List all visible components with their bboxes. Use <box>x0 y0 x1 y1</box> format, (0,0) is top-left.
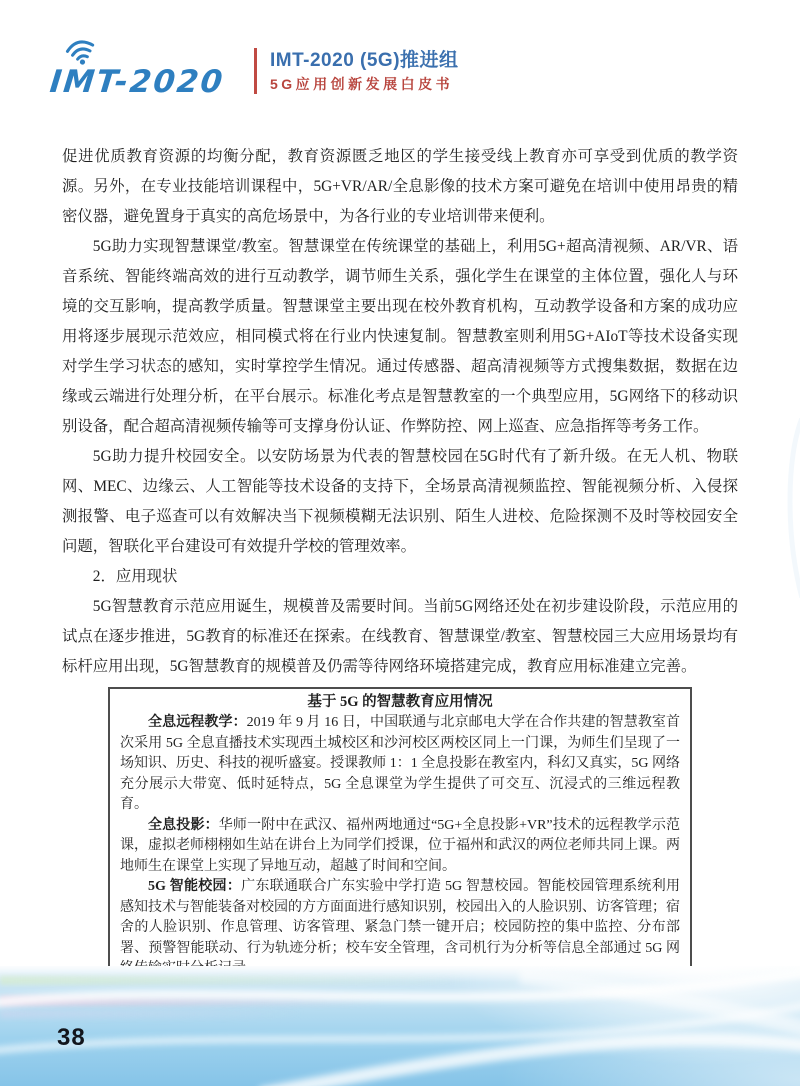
page-body: 促进优质教育资源的均衡分配，教育资源匮乏地区的学生接受线上教育亦可享受到优质的教… <box>62 142 738 987</box>
header-divider <box>254 48 257 94</box>
callout-box: 基于 5G 的智慧教育应用情况 全息远程教学：2019 年 9 月 16 日，中… <box>108 687 692 987</box>
body-paragraph-4: 5G智慧教育示范应用诞生，规模普及需要时间。当前5G网络还处在初步建设阶段，示范… <box>62 592 738 682</box>
callout-title: 基于 5G 的智慧教育应用情况 <box>120 692 680 713</box>
callout-item-2-label: 全息投影： <box>148 818 219 833</box>
logo-wordmark: IMT-2020 <box>48 64 226 100</box>
footer-band: 38 <box>0 966 800 1086</box>
right-edge-wave-decoration <box>778 418 800 598</box>
header-titles: IMT-2020 (5G)推进组 5G应用创新发展白皮书 <box>270 49 459 94</box>
org-name: IMT-2020 (5G)推进组 <box>270 49 459 72</box>
callout-item-1-label: 全息远程教学： <box>148 715 247 730</box>
page-header: IMT-2020 IMT-2020 (5G)推进组 5G应用创新发展白皮书 <box>50 38 459 104</box>
body-paragraph-1: 促进优质教育资源的均衡分配，教育资源匮乏地区的学生接受线上教育亦可享受到优质的教… <box>62 142 738 232</box>
callout-item-2: 全息投影：华师一附中在武汉、福州两地通过“5G+全息投影+VR”技术的远程教学示… <box>120 816 680 878</box>
section-heading: 2．应用现状 <box>62 562 738 592</box>
body-paragraph-2: 5G助力实现智慧课堂/教室。智慧课堂在传统课堂的基础上，利用5G+超高清视频、A… <box>62 232 738 442</box>
callout-item-1: 全息远程教学：2019 年 9 月 16 日，中国联通与北京邮电大学在合作共建的… <box>120 713 680 816</box>
page-number: 38 <box>57 1024 86 1052</box>
callout-item-3-label: 5G 智能校园： <box>148 879 241 894</box>
whitepaper-title: 5G应用创新发展白皮书 <box>270 74 459 94</box>
imt2020-logo: IMT-2020 <box>50 38 220 104</box>
footer-wave-curves <box>0 966 800 1086</box>
body-paragraph-3: 5G助力提升校园安全。以安防场景为代表的智慧校园在5G时代有了新升级。在无人机、… <box>62 442 738 562</box>
wifi-signal-icon <box>64 36 104 66</box>
callout-item-3: 5G 智能校园：广东联通联合广东实验中学打造 5G 智慧校园。智能校园管理系统利… <box>120 877 680 980</box>
